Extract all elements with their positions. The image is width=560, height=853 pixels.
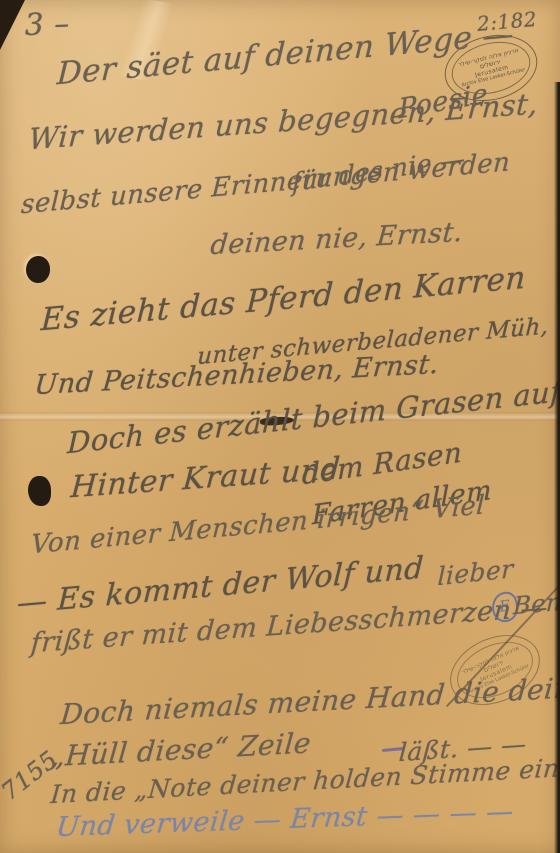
- hole-punch-top: [26, 256, 50, 283]
- handwritten-insertion: lieber: [437, 554, 514, 591]
- handwritten-insertion: Ben: [513, 588, 560, 620]
- handwritten-line: Hinter Kraut und: [70, 451, 342, 505]
- handwritten-line: Doch niemals meine Hand die deine: [59, 670, 560, 731]
- scan-background-edge: [554, 82, 560, 853]
- handwritten-line: deinen nie, Ernst.: [209, 217, 464, 261]
- handwritten-line: selbst unsere Erinnerungen werden: [20, 147, 511, 220]
- page-number: 3 –: [24, 6, 70, 43]
- manuscript-paper: 3 – 2:182 ארכיון אלזה לסקר-שילר ירושלים …: [0, 0, 560, 853]
- handwritten-line: „Hüll diese“ Zeile: [49, 726, 312, 773]
- hole-punch-bottom: [28, 476, 51, 506]
